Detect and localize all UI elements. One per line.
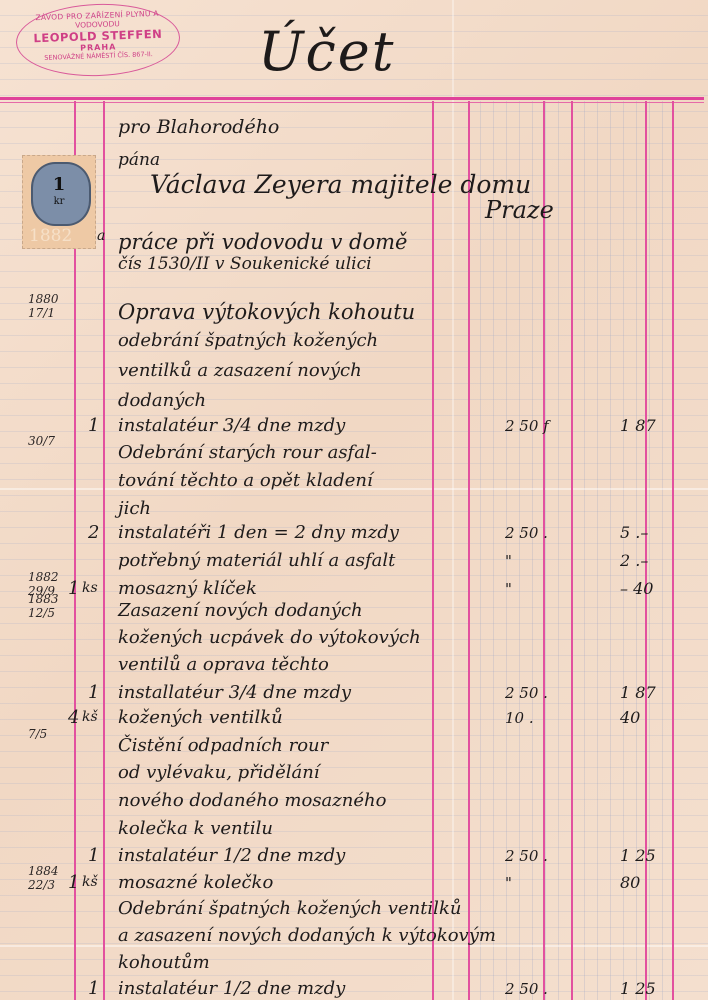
entry-description: odebrání špatných kožených — [118, 330, 378, 351]
entry-unit-price: " — [505, 874, 512, 892]
entry-description: installatéur 3/4 dne mzdy — [118, 682, 351, 703]
column-line-total-start — [571, 101, 573, 1000]
entry-description: mosazné kolečko — [118, 872, 273, 893]
entry-unit-price: " — [505, 580, 512, 598]
entry-description: Oprava výtokových kohoutu — [118, 300, 415, 324]
entry-quantity: 1 — [68, 578, 79, 599]
entry-total: 1 25 — [620, 979, 656, 998]
entry-date: 1880 17/1 — [28, 292, 59, 320]
entry-description: instalatéur 1/2 dne mzdy — [118, 845, 345, 866]
subject-line-2: čís 1530/II v Soukenické ulici — [118, 254, 372, 274]
column-line-price-end — [543, 101, 545, 1000]
entry-total: 80 — [620, 873, 640, 892]
subject-line-1: práce při vodovodu v domě — [118, 230, 407, 254]
entry-unit-price: 2 50 . — [505, 684, 548, 702]
addressee-city: Praze — [485, 196, 554, 224]
invoice-page: ZÁVOD PRO ZAŘÍZENÍ PLYNU A VODOVODU LEOP… — [0, 0, 708, 1000]
addressee-title: pána — [118, 150, 160, 170]
entry-unit-price: 10 . — [505, 709, 534, 727]
entry-description: Zasazení nových dodaných — [118, 600, 363, 621]
entry-description: potřebný materiál uhlí a asfalt — [118, 550, 395, 571]
entry-quantity: 1 — [68, 872, 79, 893]
entry-description: Odebrání starých rour asfal- — [118, 442, 377, 463]
entry-description: kohoutům — [118, 952, 210, 973]
entry-description: dodaných — [118, 390, 206, 411]
entry-quantity: 1 — [88, 682, 99, 703]
entry-quantity: 1 — [88, 845, 99, 866]
entry-description: ventilů a oprava těchto — [118, 654, 329, 675]
entry-date: 1883 12/5 — [28, 592, 59, 620]
entry-date: 30/7 — [28, 434, 55, 448]
entry-description: nového dodaného mosazného — [118, 790, 386, 811]
entry-description: ventilků a zasazení nových — [118, 360, 362, 381]
header-rule — [0, 97, 704, 100]
entry-unit-price: " — [505, 552, 512, 570]
stamp-cancel-mark: a — [97, 228, 105, 244]
entry-description: a zasazení nových dodaných k výtokovým — [118, 925, 496, 946]
entry-quantity: 2 — [88, 522, 99, 543]
revenue-stamp-value: 1 — [23, 174, 95, 195]
addressee-salutation: pro Blahorodého — [118, 116, 279, 138]
entry-description: od vylévaku, přidělání — [118, 762, 320, 783]
entry-total: 1 87 — [620, 416, 656, 435]
column-line-total-end — [672, 101, 674, 1000]
entry-total: 40 — [620, 708, 640, 727]
entry-description: jich — [118, 498, 151, 519]
entry-unit: kš — [82, 709, 98, 725]
header-rule-thin — [0, 102, 704, 103]
entry-total: 1 87 — [620, 683, 656, 702]
entry-description: Čistění odpadních rour — [118, 735, 328, 756]
revenue-stamp: 1 kr 1882 — [22, 155, 96, 249]
entry-unit: kš — [82, 874, 98, 890]
entry-description: instalatéři 1 den = 2 dny mzdy — [118, 522, 399, 543]
entry-description: instalatéur 3/4 dne mzdy — [118, 415, 345, 436]
entry-description: kožených ventilků — [118, 707, 283, 728]
entry-date: 1884 22/3 — [28, 864, 59, 892]
entry-total: 5 .– — [620, 523, 648, 542]
entry-description: tování těchto a opět kladení — [118, 470, 373, 491]
entry-total: 2 .– — [620, 551, 648, 570]
document-title: Účet — [258, 20, 395, 83]
entry-description: kožených ucpávek do výtokových — [118, 627, 421, 648]
entry-description: instalatéur 1/2 dne mzdy — [118, 978, 345, 999]
paper-fold-vertical — [452, 0, 454, 1000]
revenue-stamp-year: 1882 — [29, 226, 72, 246]
entry-quantity: 1 — [88, 415, 99, 436]
revenue-stamp-unit: kr — [23, 196, 95, 207]
entry-unit-price: 2 50 . — [505, 524, 548, 542]
entry-unit-price: 2 50 . — [505, 847, 548, 865]
entry-unit-price: 2 50 f — [505, 417, 549, 435]
column-line-desc-end — [432, 101, 434, 1000]
entry-date: 7/5 — [28, 727, 47, 741]
column-line-price-start — [468, 101, 470, 1000]
entry-unit-price: 2 50 . — [505, 980, 548, 998]
company-stamp: ZÁVOD PRO ZAŘÍZENÍ PLYNU A VODOVODU LEOP… — [15, 1, 181, 79]
entry-total: 1 25 — [620, 846, 656, 865]
entry-total: – 40 — [620, 579, 653, 598]
entry-description: mosazný klíček — [118, 578, 257, 599]
entry-description: Odebrání špatných kožených ventilků — [118, 898, 461, 919]
entry-unit: ks — [82, 580, 98, 596]
entry-description: kolečka k ventilu — [118, 818, 273, 839]
entry-quantity: 1 — [88, 978, 99, 999]
entry-quantity: 4 — [68, 707, 79, 728]
addressee-name: Václava Zeyera majitele domu — [150, 170, 531, 199]
